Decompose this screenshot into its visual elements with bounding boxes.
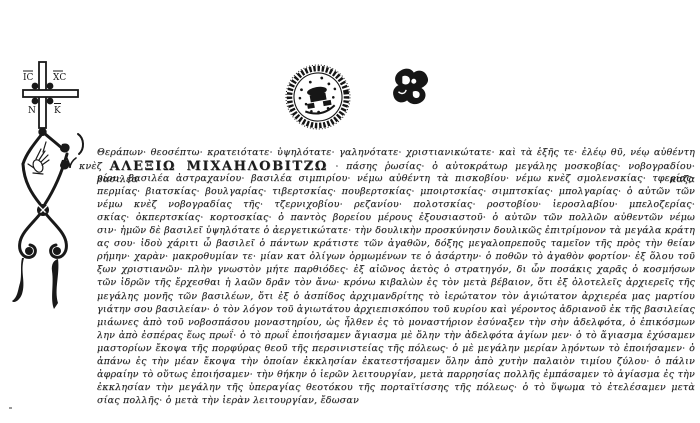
manuscript-text-block: Θεράπων· θεοσέπτω· κρατειότατε· ὑψηλότατ… <box>97 146 695 407</box>
manuscript-line: ἁπάνω ἐς τὴν μέαν ἔκοψα τὴν ὁποίαν ἐκκλη… <box>97 355 695 368</box>
cross-inscription-xc: ΧϹ <box>53 73 66 83</box>
tsar-name-display-capitals: ΑΛΕΞΙΩ ΜΙΧΑΗΛΟΒΙΤΖΩ <box>110 159 328 174</box>
manuscript-line: τῶν ἱδρῶν τῆς ἔρχεσθαι ἡ λαῶν δρᾶν τὸν ἄ… <box>97 276 695 289</box>
manuscript-line: λην ἀπὸ ἑσπέρας ἕως πρωΐ· ὁ τὸ πρωΐ ἐποι… <box>97 329 695 342</box>
manuscript-last-line: σίας πολλῆς· ὁ μετὰ τὴν ἱερὰν λειτουργία… <box>97 394 695 407</box>
manuscript-line: μιάωνες ἀπὸ τοῦ νοβοσπάσου μοναστηρίου, … <box>97 316 695 329</box>
manuscript-line: μαστορίων ἔκοψα τῆς πορφύρας θεοῦ τῆς πε… <box>97 342 695 355</box>
manuscript-line: Θεράπων· θεοσέπτω· κρατειότατε· ὑψηλότατ… <box>97 146 695 159</box>
manuscript-line: σιν· ἡμῶν δὲ βασιλεῖ ὑψηλότατε ὁ ἀεργετι… <box>97 224 695 237</box>
cross-and-flourish-ornament: ΙϹ ΧϹ Ν Κ <box>10 56 100 314</box>
manuscript-line: σκίας· ὀκπερτσκίας· κορτοσκίας· ὁ παντὸς… <box>97 211 695 224</box>
manuscript-line: περμίας· βιατσκίας· βουλγαρίας· τιβερτσκ… <box>97 185 695 198</box>
manuscript-line: γιάτην σου βασιλείαν· ὁ τὸν λόγον τοῦ ἁγ… <box>97 303 695 316</box>
manuscript-line: ας σου· ἰδοὺ χάριτι ὦ βασιλεῖ ὁ πάντων κ… <box>97 237 695 250</box>
manuscript-line: νίου· βασιλέα ἀστραχανίου· βασιλέα σιμπι… <box>97 172 695 185</box>
royal-title-line: κνὲζ ΑΛΕΞΙΩ ΜΙΧΑΗΛΟΒΙΤΖΩ · πάσης ῥωσίας·… <box>97 159 695 172</box>
crescent-pen-mark-icon <box>78 134 83 154</box>
cross-inscription-ni: Ν <box>28 106 36 116</box>
manuscript-line: νέμω κνὲζ νοβογραδίας τῆς· τζερνιχοβίου·… <box>97 198 695 211</box>
manuscript-line: ξων χριστιανῶν· πλὴν γνωστὸν μήτε παρθιό… <box>97 263 695 276</box>
orthodox-cross-monogram-icon <box>23 62 78 128</box>
manuscript-line: μεγάλης μονῆς τῶν βασιλέων, ὅτι ἐξ ὁ ἁσπ… <box>97 290 695 303</box>
scan-dust-speck <box>9 407 12 409</box>
royal-title-prefix: κνὲζ <box>79 161 102 172</box>
manuscript-line: ἀφραίην τὸ οὕτως ἐποιήσαμεν· τὴν θήκην ὁ… <box>97 368 695 381</box>
manuscript-line: ἐκκλησίαν τὴν μεγάλην τῆς ὑπεραγίας θεοτ… <box>97 381 695 394</box>
cross-inscription-ic: ΙϹ <box>23 73 34 83</box>
round-inscribed-stamp-seal-icon <box>283 62 353 132</box>
cross-inscription-ka: Κ <box>54 106 61 116</box>
manuscript-line: ρήμην· χαρὰν· μακροθυμίαν τε· μίαν κατ ὀ… <box>97 250 695 263</box>
manuscript-scan-page: ΙϹ ΧϹ Ν Κ <box>0 0 700 423</box>
irregular-ink-blot-seal-icon <box>387 64 431 110</box>
